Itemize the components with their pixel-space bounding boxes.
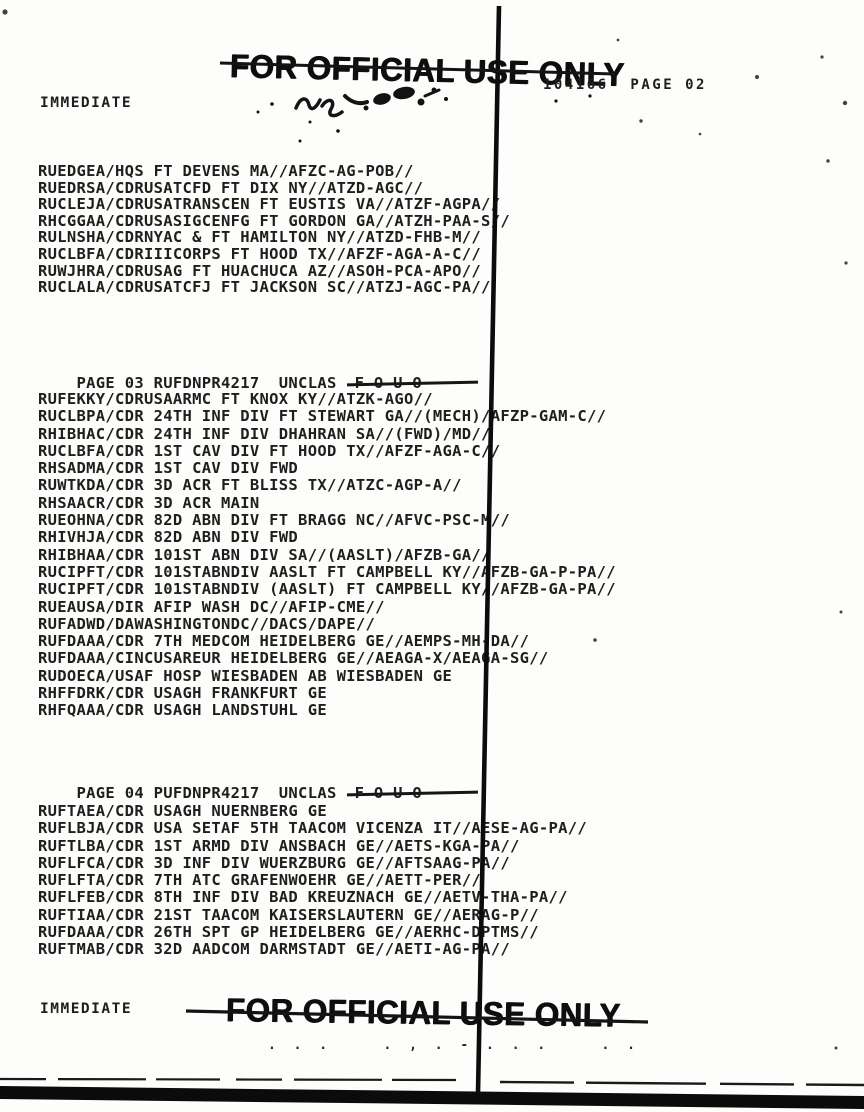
address-line: RUFEKKY/CDRUSAARMC FT KNOX KY//ATZK-AGO/… (38, 391, 616, 408)
address-line: RHIVHJA/CDR 82D ABN DIV FWD (38, 529, 616, 546)
scanned-military-message: { "colors": { "ink": "#1e1e1e", "stamp":… (0, 0, 864, 1112)
bottom-thin-line-left (0, 1079, 468, 1080)
address-line: RUFDAAA/CDR 7TH MEDCOM HEIDELBERG GE//AE… (38, 633, 616, 650)
address-line: RUFADWD/DAWASHINGTONDC//DACS/DAPE// (38, 616, 616, 633)
address-line: RUFLFTA/CDR 7TH ATC GRAFENWOEHR GE//AETT… (38, 872, 587, 889)
address-line: RHIBHAA/CDR 101ST ABN DIV SA//(AASLT)/AF… (38, 547, 616, 564)
page-reference: 104166 PAGE 02 (543, 77, 707, 93)
address-line: RUCLBPA/CDR 24TH INF DIV FT STEWART GA//… (38, 408, 616, 425)
address-line: RUFTAEA/CDR USAGH NUERNBERG GE (38, 803, 587, 820)
fouo-struck-text: F O U O (355, 784, 422, 802)
address-line: RHCGGAA/CDRUSASIGCENFG FT GORDON GA//ATZ… (38, 213, 510, 230)
address-line: RUCLBFA/CDR 1ST CAV DIV FT HOOD TX//AFZF… (38, 443, 616, 460)
address-line: RUFTIAA/CDR 21ST TAACOM KAISERSLAUTERN G… (38, 907, 587, 924)
scan-noise-dots-row: . . . . , . - . . . . . (268, 1038, 640, 1053)
fouo-stamp-bottom: FOR OFFICIAL USE ONLY (226, 991, 621, 1035)
address-line: RHFFDRK/CDR USAGH FRANKFURT GE (38, 685, 616, 702)
address-line: RUFLBJA/CDR USA SETAF 5TH TAACOM VICENZA… (38, 820, 587, 837)
address-line: RUEOHNA/CDR 82D ABN DIV FT BRAGG NC//AFV… (38, 512, 616, 529)
address-block-page03: RUFEKKY/CDRUSAARMC FT KNOX KY//ATZK-AGO/… (38, 391, 616, 720)
ink-smudge (257, 85, 592, 142)
address-block-page02: RUEDGEA/HQS FT DEVENS MA//AFZC-AG-POB// … (38, 163, 510, 296)
address-line: RULNSHA/CDRNYAC & FT HAMILTON NY//ATZD-F… (38, 229, 510, 246)
address-line: RUEDGEA/HQS FT DEVENS MA//AFZC-AG-POB// (38, 163, 510, 180)
address-line: RUCLBFA/CDRIIICORPS FT HOOD TX//AFZF-AGA… (38, 246, 510, 263)
address-line: RHSAACR/CDR 3D ACR MAIN (38, 495, 616, 512)
address-line: RUDOECA/USAF HOSP WIESBADEN AB WIESBADEN… (38, 668, 616, 685)
document-page: FOR OFFICIAL USE ONLY 104166 PAGE 02 IMM… (0, 0, 864, 1112)
address-line: RUCIPFT/CDR 101STABNDIV AASLT FT CAMPBEL… (38, 564, 616, 581)
address-line: RHFQAAA/CDR USAGH LANDSTUHL GE (38, 702, 616, 719)
precedence-marking-bottom: IMMEDIATE (40, 1001, 132, 1017)
bottom-thin-line-right (500, 1082, 864, 1085)
address-line: RUCLALA/CDRUSATCFJ FT JACKSON SC//ATZJ-A… (38, 279, 510, 296)
address-line: RHSADMA/CDR 1ST CAV DIV FWD (38, 460, 616, 477)
address-block-page04: RUFTAEA/CDR USAGH NUERNBERG GE RUFLBJA/C… (38, 803, 587, 959)
address-line: RUEAUSA/DIR AFIP WASH DC//AFIP-CME// (38, 599, 616, 616)
address-line: RUFDAAA/CDR 26TH SPT GP HEIDELBERG GE//A… (38, 924, 587, 941)
address-line: RUWJHRA/CDRUSAG FT HUACHUCA AZ//ASOH-PCA… (38, 263, 510, 280)
address-line: RUFTLBA/CDR 1ST ARMD DIV ANSBACH GE//AET… (38, 838, 587, 855)
address-line: RUFDAAA/CINCUSAREUR HEIDELBERG GE//AEAGA… (38, 650, 616, 667)
address-line: RUEDRSA/CDRUSATCFD FT DIX NY//ATZD-AGC// (38, 180, 510, 197)
address-line: RUFTMAB/CDR 32D AADCOM DARMSTADT GE//AET… (38, 941, 587, 958)
address-line: RUCIPFT/CDR 101STABNDIV (AASLT) FT CAMPB… (38, 581, 616, 598)
address-line: RUWTKDA/CDR 3D ACR FT BLISS TX//ATZC-AGP… (38, 477, 616, 494)
address-line: RUFLFCA/CDR 3D INF DIV WUERZBURG GE//AFT… (38, 855, 587, 872)
precedence-marking-top: IMMEDIATE (40, 95, 132, 111)
bottom-scan-band (0, 1086, 864, 1109)
address-line: RUFLFEB/CDR 8TH INF DIV BAD KREUZNACH GE… (38, 889, 587, 906)
address-line: RUCLEJA/CDRUSATRANSCEN FT EUSTIS VA//ATZ… (38, 196, 510, 213)
address-line: RHIBHAC/CDR 24TH INF DIV DHAHRAN SA//(FW… (38, 426, 616, 443)
page04-header-text: PAGE 04 PUFDNPR4217 UNCLAS (77, 784, 337, 802)
